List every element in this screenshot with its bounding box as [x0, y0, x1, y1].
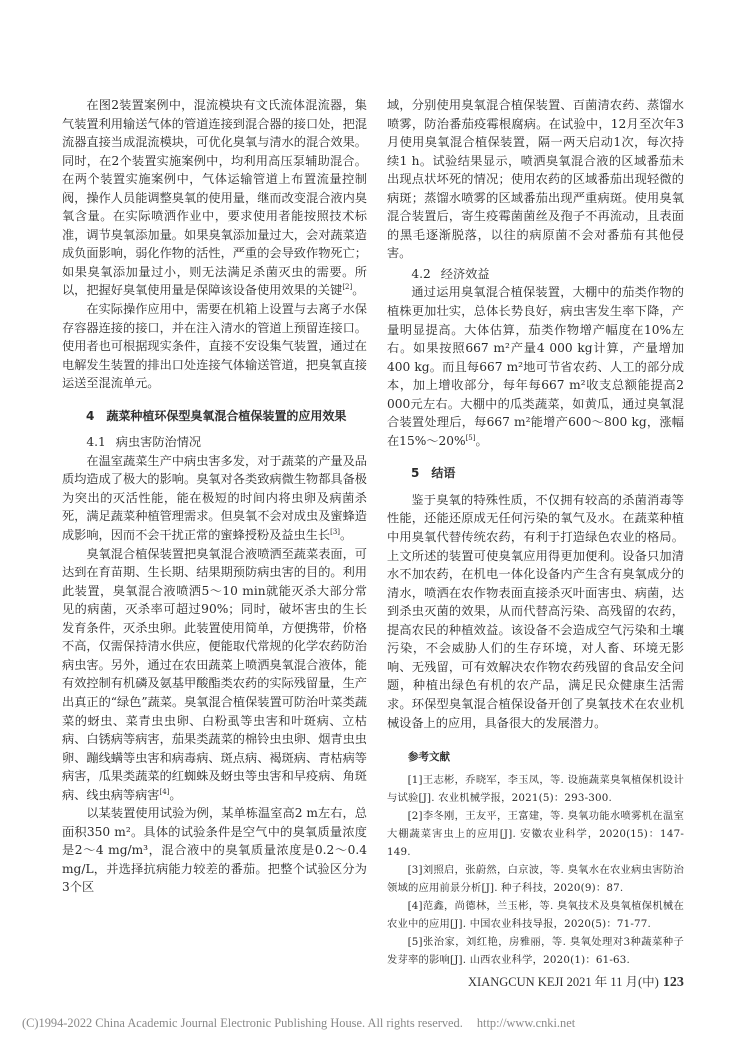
body-paragraph: 鉴于臭氧的特殊性质，不仅拥有较高的杀菌消毒等性能，还能还原成无任何污染的氧气及水… — [387, 491, 684, 732]
journal-issue: XIANGCUN KEJI 2021 年 11 月(中) — [468, 975, 659, 989]
reference-item: [1]王志彬，乔晓军，李玉凤，等. 设施蔬菜臭氧植保机设计与试验[J]. 农业机… — [387, 771, 684, 807]
reference-item: [5]张治家，刘红艳，房雅丽，等. 臭氧处理对3种蔬菜种子发芽率的影响[J]. … — [387, 933, 684, 969]
body-paragraph: 在图2装置案例中，混流模块有文氏流体混流器，集气装置利用输送气体的管道连接到混合… — [62, 96, 367, 300]
cnki-link[interactable]: http://www.cnki.net — [477, 1016, 575, 1030]
reference-item: [4]范鑫，尚德林，兰玉彬，等. 臭氧技术及臭氧植保机械在农业中的应用[J]. … — [387, 897, 684, 933]
page-footer: XIANGCUN KEJI 2021 年 11 月(中)123 — [468, 972, 684, 991]
citation-ref[interactable]: [4] — [160, 788, 170, 796]
references-heading: 参考文献 — [387, 748, 684, 767]
copyright-notice: (C)1994-2022 China Academic Journal Elec… — [22, 1016, 575, 1031]
section-heading-4: 4蔬菜种植环保型臭氧混合植保装置的应用效果 — [62, 407, 367, 426]
body-paragraph: 通过运用臭氧混合植保装置，大棚中的茄类作物的植株更加壮实，总体长势良好，病虫害发… — [387, 283, 684, 450]
subsection-heading-4-2: 4.2经济效益 — [387, 265, 684, 284]
citation-ref[interactable]: [5] — [466, 434, 476, 442]
reference-item: [2]李冬刚，王友平，王富建，等. 臭氧功能水喷雾机在温室大棚蔬菜害虫上的应用[… — [387, 807, 684, 861]
body-paragraph: 臭氧混合植保装置把臭氧混合液喷洒至蔬菜表面，可达到在育苗期、生长期、结果期预防病… — [62, 545, 367, 805]
citation-ref[interactable]: [2] — [342, 283, 352, 291]
section-heading-5: 5结语 — [387, 464, 684, 483]
body-paragraph: 以某装置使用试验为例，某单栋温室高2 m左右，总面积350 m²。具体的试验条件… — [62, 804, 367, 897]
page-number: 123 — [663, 975, 684, 990]
right-column: 域，分别使用臭氧混合植保装置、百菌清农药、蒸馏水喷雾，防治番茄疫霉根腐病。在试验… — [387, 96, 684, 969]
body-paragraph: 在实际操作应用中，需要在机箱上设置与去离子水保存容器连接的接口，并在注入清水的管… — [62, 300, 367, 393]
body-paragraph: 在温室蔬菜生产中病虫害多发，对于蔬菜的产量及品质均造成了极大的影响。臭氧对各类致… — [62, 452, 367, 545]
subsection-heading-4-1: 4.1病虫害防治情况 — [62, 433, 367, 452]
reference-item: [3]刘照启，张蔚然，白京波，等. 臭氧水在农业病虫害防治领域的应用前景分析[J… — [387, 861, 684, 897]
body-paragraph-continued: 域，分别使用臭氧混合植保装置、百菌清农药、蒸馏水喷雾，防治番茄疫霉根腐病。在试验… — [387, 96, 684, 263]
copyright-text: (C)1994-2022 China Academic Journal Elec… — [22, 1016, 463, 1030]
citation-ref[interactable]: [3] — [330, 528, 340, 536]
left-column: 在图2装置案例中，混流模块有文氏流体混流器，集气装置利用输送气体的管道连接到混合… — [62, 96, 367, 897]
